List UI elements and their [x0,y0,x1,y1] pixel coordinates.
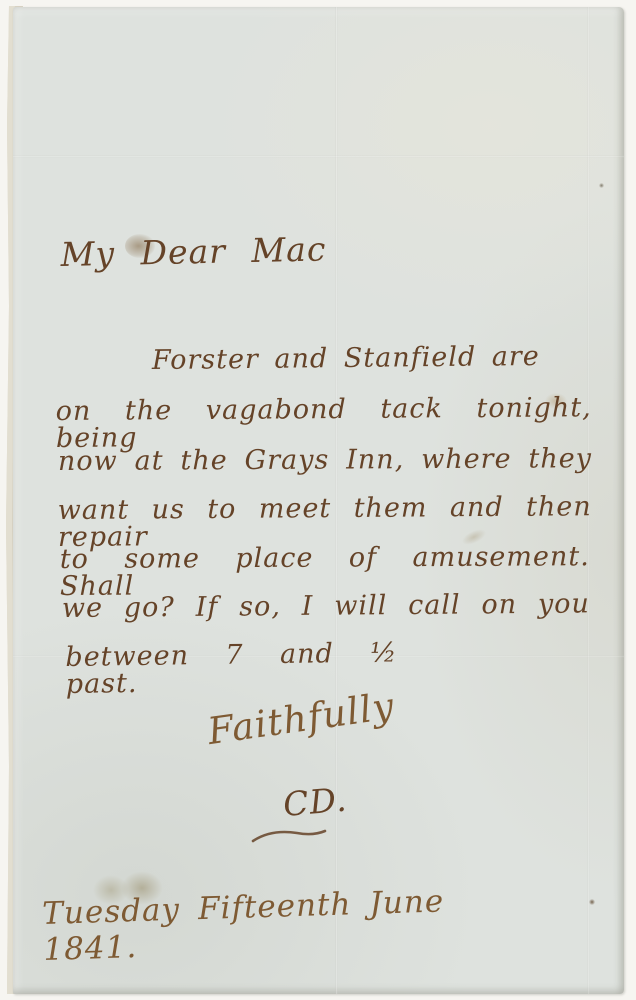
horizontal-fold-crease [13,155,624,158]
letter-signature: CD. [282,780,349,824]
letter-greeting: My Dear Mac [60,229,327,274]
ink-speck [599,183,604,188]
letter-body-line: we go? If so, I will call on you [62,590,590,622]
scanned-letter: My Dear Mac Forster and Stanfield are on… [0,0,636,1000]
letter-paper: My Dear Mac Forster and Stanfield are on… [13,7,624,994]
letter-dateline: Tuesday Fifteenth June 1841. [42,883,446,968]
signature-flourish [251,827,327,845]
letter-body-line: Forster and Stanfield are [152,342,592,374]
letter-body-line: now at the Grays Inn, where they [58,445,592,475]
ink-speck [589,899,595,905]
